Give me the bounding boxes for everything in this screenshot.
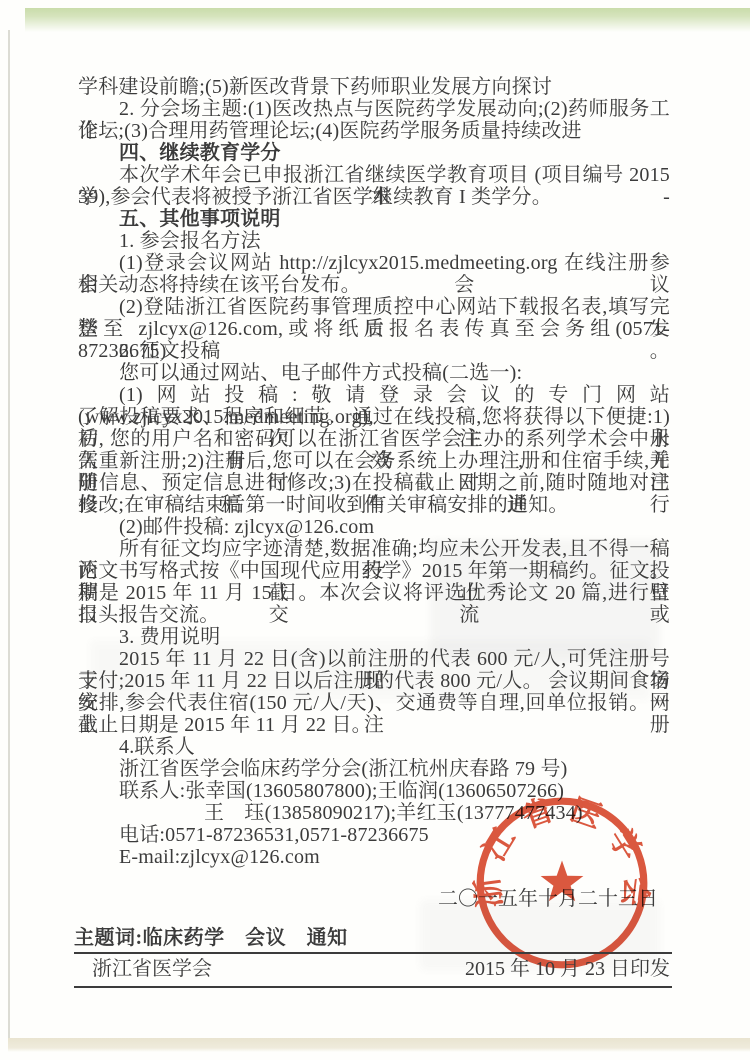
- text-line: 期是 2015 年 11 月 15 日。本次会议将评选优秀论文 20 篇,进行壁…: [78, 582, 670, 604]
- print-date: 2015 年 10 月 23 日印发: [465, 954, 670, 984]
- text-line: 需重新注册;2)注册后,您可以在会务系统上办理注册和住宿手续,并随时对注: [78, 450, 670, 472]
- contact-address-line: 浙江省医学会临床药学分会(浙江杭州庆春路 79 号): [78, 758, 670, 780]
- text-line: 论文书写格式按《中国现代应用药学》2015 年第一期稿约。征文投稿截止日: [78, 560, 670, 582]
- text-line: 所有征文均应字迹清楚,数据准确;均应未公开发表,且不得一稿两投。: [78, 538, 670, 560]
- text-line: 1. 参会报名方法: [78, 230, 670, 252]
- seal-text: 浙江省医学会: [472, 793, 652, 910]
- text-line: (2)登陆浙江省医院药事管理质控中心网站下载报名表,填写完整后发: [78, 296, 670, 318]
- text-line: 送至 zjlcyx@126.com,或将纸质报名表传真至会务组(0571-872…: [78, 318, 670, 340]
- text-line: 本次学术年会已申报浙江省继续医学教育项目 (项目编号 2015 学术-: [78, 164, 670, 186]
- text-line: 安排,参会代表住宿(150 元/人/天)、交通费等自理,回单位报销。网上注册: [78, 692, 670, 714]
- section-heading: 五、其他事项说明: [78, 208, 670, 230]
- scan-edge-top: [25, 8, 750, 32]
- svg-text:浙江省医学会: 浙江省医学会: [472, 793, 652, 910]
- text-line: 学科建设前瞻;(5)新医改背景下药师职业发展方向探讨: [78, 76, 670, 98]
- text-line: (1)网站投稿:敬请登录会议的专门网站(www.zjlcyx2015.medme…: [78, 384, 670, 406]
- scan-edge-left: [8, 30, 10, 1044]
- scan-edge-bottom: [8, 1038, 750, 1052]
- text-line: 4.联系人: [78, 736, 670, 758]
- text-line: 2. 分会场主题:(1)医改热点与医院药学发展动向;(2)药师服务工作: [78, 98, 670, 120]
- seal-star-icon: [541, 861, 584, 902]
- document-body: 学科建设前瞻;(5)新医改背景下药师职业发展方向探讨 2. 分会场主题:(1)医…: [78, 76, 670, 868]
- issuer-name: 浙江省医学会: [92, 954, 212, 984]
- text-line: (2)邮件投稿: zjlcyx@126.com: [78, 516, 670, 538]
- section-heading: 四、继续教育学分: [78, 142, 670, 164]
- text-line: 2015 年 11 月 22 日(含)以前注册的代表 600 元/人,可凭注册号…: [78, 648, 670, 670]
- text-line: 后, 您的用户名和密码可以在浙江省医学会主办的系列学术会中永久有效,无: [78, 428, 670, 450]
- text-line: 3. 费用说明: [78, 626, 670, 648]
- text-line: 支付;2015 年 11 月 22 日以后注册的代表 800 元/人。 会议期间…: [78, 670, 670, 692]
- text-line: 论坛;(3)合理用药管理论坛;(4)医院药学服务质量持续改进: [78, 120, 670, 142]
- issuer-row: 浙江省医学会 2015 年 10 月 23 日印发: [74, 954, 672, 988]
- text-line: 了解投稿要求、程序和细节。 通过在线投稿,您将获得以下便捷:1)初次注册: [78, 406, 670, 428]
- keywords-line: 主题词:临床药学 会议 通知: [74, 926, 672, 954]
- text-line: 您可以通过网站、电子邮件方式投稿(二选一):: [78, 362, 670, 384]
- text-line: (1)登录会议网站 http://zjlcyx2015.medmeeting.o…: [78, 252, 670, 274]
- text-line: 册信息、预定信息进行修改;3)在投稿截止日期之前,随时随地对已投稿件进行: [78, 472, 670, 494]
- document-footer: 主题词:临床药学 会议 通知 浙江省医学会 2015 年 10 月 23 日印发: [74, 926, 672, 988]
- scanned-document-page: 学科建设前瞻;(5)新医改背景下药师职业发展方向探讨 2. 分会场主题:(1)医…: [0, 0, 750, 1060]
